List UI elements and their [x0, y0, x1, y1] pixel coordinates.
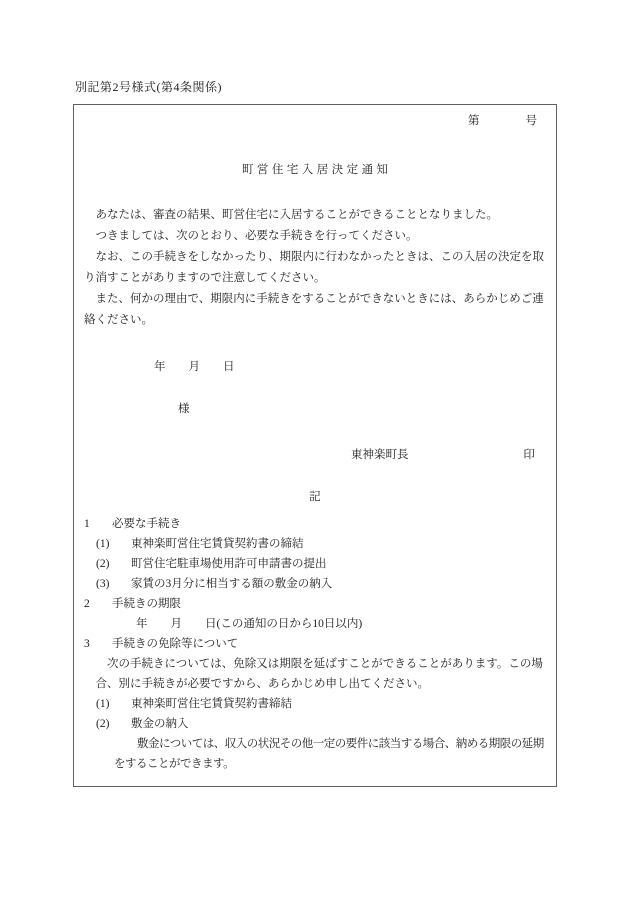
notice-title: 町営住宅入居決定通知	[84, 160, 546, 181]
item-title: 必要な手続き	[112, 518, 181, 530]
item-title: 手続きの期限	[112, 598, 181, 610]
issue-date-line: 年 月 日	[154, 357, 546, 378]
subitem-text: 東神楽町営住宅賃貸契約書の締結	[131, 538, 304, 550]
subitem-text: 町営住宅駐車場使用許可申請書の提出	[131, 558, 327, 570]
body-paragraph: つきましては、次のとおり、必要な手続きを行ってください。	[84, 226, 546, 247]
list-subitem: (1)東神楽町営住宅賃貸契約書締結	[84, 694, 546, 714]
subitem-text: 敷金の納入	[131, 718, 189, 730]
sender-line: 東神楽町長 印	[351, 445, 546, 466]
list-subitem: (2)敷金の納入	[84, 714, 546, 734]
document-page: 別記第2号様式(第4条関係) 第 号 町営住宅入居決定通知 あなたは、審査の結果…	[0, 0, 630, 903]
list-subitem: (3)家賃の3月分に相当する額の敷金の納入	[84, 574, 546, 594]
body-paragraph: あなたは、審査の結果、町営住宅に入居することができることとなりました。	[84, 205, 546, 226]
record-heading: 記	[84, 487, 546, 508]
item-number: 1	[84, 514, 112, 534]
record-list: 1必要な手続き (1)東神楽町営住宅賃貸契約書の締結 (2)町営住宅駐車場使用許…	[84, 514, 546, 774]
body-paragraph: また、何かの理由で、期限内に手続きをすることができないときには、あらかじめご連絡…	[84, 289, 546, 331]
body-paragraph: なお、この手続きをしなかったり、期限内に行わなかったときは、この入居の決定を取り…	[84, 247, 546, 289]
form-style-label: 別記第2号様式(第4条関係)	[75, 80, 222, 94]
subitem-text: 家賃の3月分に相当する額の敷金の納入	[131, 578, 332, 590]
subitem-text: 東神楽町営住宅賃貸契約書締結	[131, 698, 292, 710]
subitem-number: (1)	[96, 534, 131, 554]
notice-frame: 第 号 町営住宅入居決定通知 あなたは、審査の結果、町営住宅に入居することができ…	[73, 104, 557, 787]
list-item-3: 3手続きの免除等について	[84, 634, 546, 654]
list-item-1: 1必要な手続き	[84, 514, 546, 534]
list-subitem: (1)東神楽町営住宅賃貸契約書の締結	[84, 534, 546, 554]
notice-body: あなたは、審査の結果、町営住宅に入居することができることとなりました。 つきまし…	[84, 205, 546, 331]
item-note: 次の手続きについては、免除又は期限を延ばすことができることがあります。この場合、…	[84, 654, 546, 694]
deadline-date-line: 年 月 日(この通知の日から10日以内)	[136, 614, 546, 634]
item-number: 2	[84, 594, 112, 614]
subitem-number: (3)	[96, 574, 131, 594]
list-subitem: (2)町営住宅駐車場使用許可申請書の提出	[84, 554, 546, 574]
subitem-note: 敷金については、収入の状況その他一定の要件に該当する場合、納める期限の延期をする…	[84, 734, 546, 774]
subitem-number: (2)	[96, 554, 131, 574]
list-item-2: 2手続きの期限	[84, 594, 546, 614]
document-number-line: 第 号	[84, 111, 546, 132]
seal-mark: 印	[523, 449, 535, 461]
subitem-number: (2)	[96, 714, 131, 734]
item-number: 3	[84, 634, 112, 654]
subitem-number: (1)	[96, 694, 131, 714]
sender-name: 東神楽町長	[351, 449, 409, 461]
item-title: 手続きの免除等について	[112, 638, 238, 650]
addressee-honorific: 様	[178, 399, 546, 420]
